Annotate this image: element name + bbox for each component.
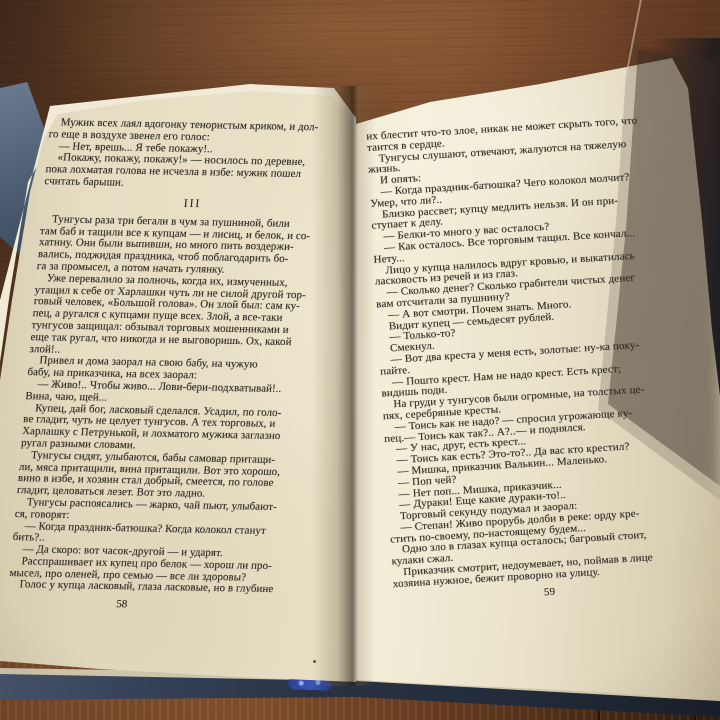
paper-speck [313,660,316,663]
section-heading: III [42,196,343,214]
photo-of-open-book: Мужик всех лаял вдогонку тенористым крик… [0,0,720,720]
left-page-lines-bottom: Тунгусы раза три бегали в чум за пушнино… [8,214,341,597]
left-page-text: Мужик всех лаял вдогонку тенористым крик… [6,117,349,615]
left-page-lines-top: Мужик всех лаял вдогонку тенористым крик… [44,117,350,194]
